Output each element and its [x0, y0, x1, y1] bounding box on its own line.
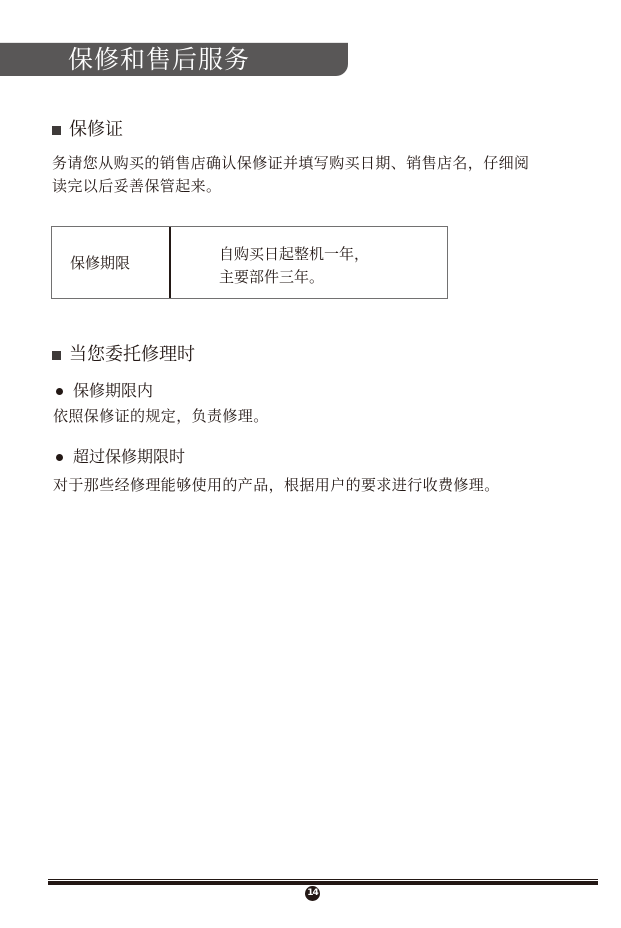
- subheading-text: 超过保修期限时: [73, 447, 185, 467]
- repair-request-heading: 当您委托修理时: [52, 344, 195, 366]
- square-bullet-icon: [52, 126, 61, 135]
- dot-bullet-icon: [56, 454, 63, 461]
- square-bullet-icon: [52, 351, 61, 360]
- warranty-period-table: 保修期限 自购买日起整机一年， 主要部件三年。: [51, 226, 448, 299]
- dot-bullet-icon: [56, 388, 63, 395]
- heading-text: 当您委托修理时: [69, 344, 195, 366]
- out-of-warranty-text: 对于那些经修理能够使用的产品，根据用户的要求进行收费修理。: [53, 474, 613, 497]
- heading-text: 保修证: [69, 119, 123, 141]
- table-value-cell: 自购买日起整机一年， 主要部件三年。: [171, 227, 447, 298]
- table-label-cell: 保修期限: [52, 227, 171, 298]
- in-warranty-text: 依照保修证的规定，负责修理。: [53, 405, 613, 428]
- warranty-card-heading: 保修证: [52, 119, 123, 141]
- warranty-card-paragraph: 务请您从购买的销售店确认保修证并填写购买日期、销售店名，仔细阅 读完以后妥善保管…: [52, 152, 612, 198]
- out-of-warranty-subheading: 超过保修期限时: [56, 447, 185, 467]
- footer-rule-thin: [48, 879, 598, 880]
- paragraph-line: 读完以后妥善保管起来。: [52, 175, 612, 198]
- value-line: 自购买日起整机一年，: [219, 243, 447, 266]
- subheading-text: 保修期限内: [73, 381, 153, 401]
- value-line: 主要部件三年。: [219, 266, 447, 289]
- in-warranty-subheading: 保修期限内: [56, 381, 153, 401]
- section-header-band: 保修和售后服务: [0, 42, 348, 76]
- footer-rule-thick: [48, 881, 598, 885]
- paragraph-line: 务请您从购买的销售店确认保修证并填写购买日期、销售店名，仔细阅: [52, 152, 612, 175]
- page-number-badge: 14: [305, 886, 320, 901]
- page-title: 保修和售后服务: [68, 44, 250, 75]
